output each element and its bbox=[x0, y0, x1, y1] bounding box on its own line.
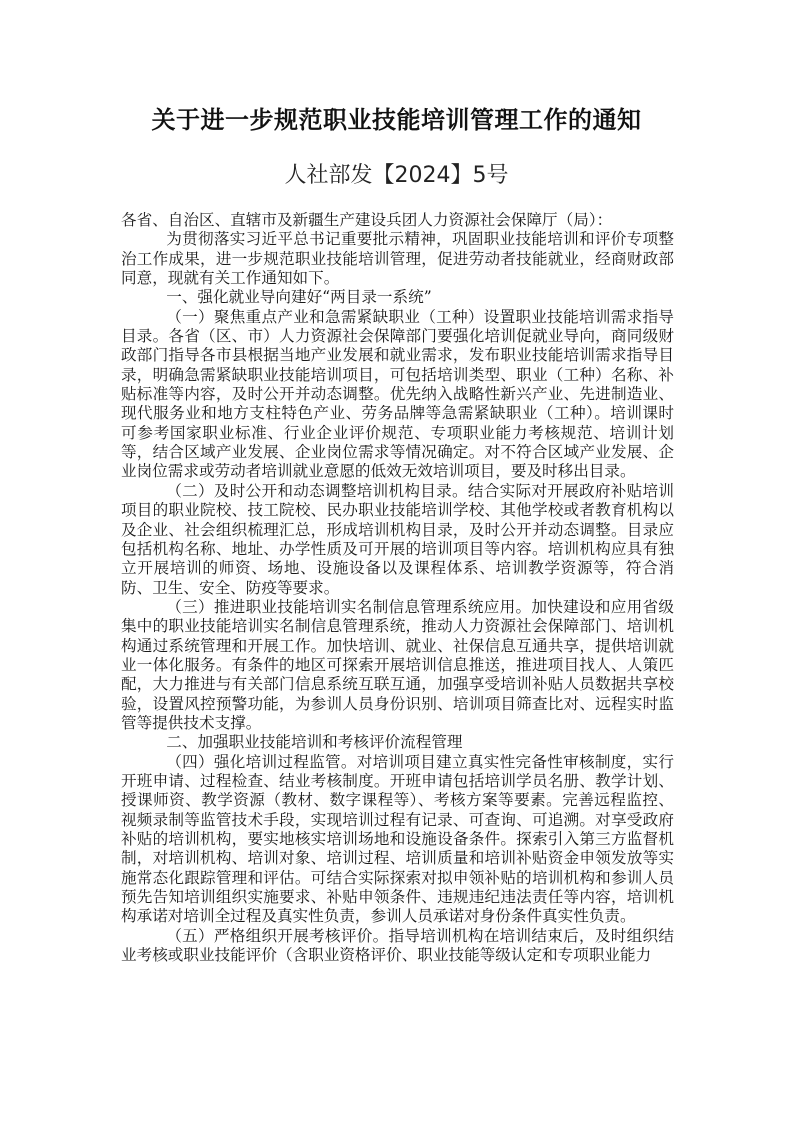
salutation: 各省、自治区、直辖市及新疆生产建设兵团人力资源社会保障厅（局）： bbox=[121, 211, 674, 230]
paragraph-item-5: （五）严格组织开展考核评价。指导培训机构在培训结束后，及时组织结业考核或职业技能… bbox=[121, 927, 674, 966]
section-heading-1: 一、强化就业导向建好“两目录一系统” bbox=[121, 288, 674, 307]
document-body: 各省、自治区、直辖市及新疆生产建设兵团人力资源社会保障厅（局）： 为贯彻落实习近… bbox=[121, 211, 674, 965]
paragraph-item-1: （一）聚焦重点产业和急需紧缺职业（工种）设置职业技能培训需求指导目录。各省（区、… bbox=[121, 308, 674, 482]
paragraph-intro: 为贯彻落实习近平总书记重要批示精神，巩固职业技能培训和评价专项整治工作成果，进一… bbox=[121, 230, 674, 288]
document-title: 关于进一步规范职业技能培训管理工作的通知 bbox=[0, 100, 793, 135]
paragraph-item-4: （四）强化培训过程监管。对培训项目建立真实性完备性审核制度，实行开班申请、过程检… bbox=[121, 753, 674, 927]
section-heading-2: 二、加强职业技能培训和考核评价流程管理 bbox=[121, 733, 674, 752]
document-number: 人社部发【2024】5号 bbox=[0, 158, 793, 189]
document-page: 关于进一步规范职业技能培训管理工作的通知 人社部发【2024】5号 各省、自治区… bbox=[0, 0, 793, 1122]
paragraph-item-3: （三）推进职业技能培训实名制信息管理系统应用。加快建设和应用省级集中的职业技能培… bbox=[121, 598, 674, 733]
paragraph-item-2: （二）及时公开和动态调整培训机构目录。结合实际对开展政府补贴培训项目的职业院校、… bbox=[121, 482, 674, 598]
